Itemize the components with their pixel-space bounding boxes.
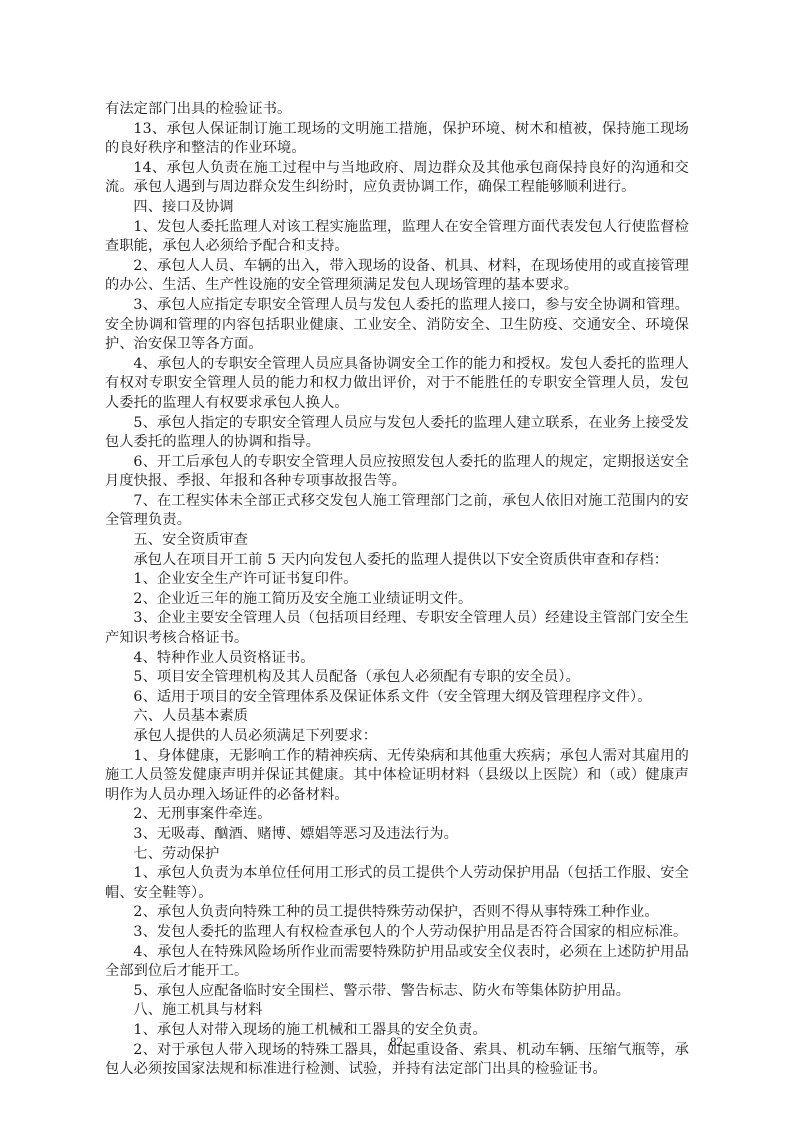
list-item: 5、项目安全管理机构及其人员配备（承包人必须配有专职的安全员）。 bbox=[105, 668, 689, 688]
list-item: 1、身体健康，无影响工作的精神疾病、无传染病和其他重大疾病；承包人需对其雇用的施… bbox=[105, 747, 689, 806]
paragraph: 13、承包人保证制订施工现场的文明施工措施，保护环境、树木和植被，保持施工现场的… bbox=[105, 120, 689, 159]
list-item: 4、特种作业人员资格证书。 bbox=[105, 649, 689, 669]
paragraph: 14、承包人负责在施工过程中与当地政府、周边群众及其他承包商保持良好的沟通和交流… bbox=[105, 159, 689, 198]
paragraph: 5、承包人指定的专职安全管理人员应与发包人委托的监理人建立联系，在业务上接受发包… bbox=[105, 414, 689, 453]
paragraph: 3、承包人应指定专职安全管理人员与发包人委托的监理人接口，参与安全协调和管理。安… bbox=[105, 296, 689, 355]
list-item: 3、发包人委托的监理人有权检查承包人的个人劳动保护用品是否符合国家的相应标准。 bbox=[105, 923, 689, 943]
section-heading: 七、劳动保护 bbox=[105, 845, 689, 865]
paragraph: 承包人提供的人员必须满足下列要求： bbox=[105, 727, 689, 747]
paragraph: 7、在工程实体未全部正式移交发包人施工管理部门之前，承包人依旧对施工范围内的安全… bbox=[105, 492, 689, 531]
list-item: 3、企业主要安全管理人员（包括项目经理、专职安全管理人员）经建设主管部门安全生产… bbox=[105, 609, 689, 648]
paragraph: 4、承包人的专职安全管理人员应具备协调安全工作的能力和授权。发包人委托的监理人有… bbox=[105, 355, 689, 414]
paragraph: 1、发包人委托监理人对该工程实施监理，监理人在安全管理方面代表发包人行使监督检查… bbox=[105, 218, 689, 257]
paragraph: 承包人在项目开工前 5 天内向发包人委托的监理人提供以下安全资质供审查和存档： bbox=[105, 551, 689, 571]
section-heading: 四、接口及协调 bbox=[105, 198, 689, 218]
document-body: 有法定部门出具的检验证书。 13、承包人保证制订施工现场的文明施工措施，保护环境… bbox=[105, 100, 689, 1080]
list-item: 5、承包人应配备临时安全围栏、警示带、警告标志、防火布等集体防护用品。 bbox=[105, 982, 689, 1002]
list-item: 3、无吸毒、酗酒、赌博、嫖娼等恶习及违法行为。 bbox=[105, 825, 689, 845]
section-heading: 八、施工机具与材料 bbox=[105, 1001, 689, 1021]
list-item: 2、承包人负责向特殊工种的员工提供特殊劳动保护，否则不得从事特殊工种作业。 bbox=[105, 903, 689, 923]
list-item: 2、无刑事案件牵连。 bbox=[105, 805, 689, 825]
list-item: 1、企业安全生产许可证书复印件。 bbox=[105, 570, 689, 590]
list-item: 2、企业近三年的施工简历及安全施工业绩证明文件。 bbox=[105, 590, 689, 610]
paragraph: 2、承包人人员、车辆的出入，带入现场的设备、机具、材料，在现场使用的或直接管理的… bbox=[105, 257, 689, 296]
section-heading: 五、安全资质审查 bbox=[105, 531, 689, 551]
list-item: 4、承包人在特殊风险场所作业而需要特殊防护用品或安全仪表时，必须在上述防护用品全… bbox=[105, 943, 689, 982]
section-heading: 六、人员基本素质 bbox=[105, 707, 689, 727]
paragraph: 6、开工后承包人的专职安全管理人员应按照发包人委托的监理人的规定，定期报送安全月… bbox=[105, 453, 689, 492]
page-number: 82 bbox=[0, 1034, 793, 1050]
list-item: 6、适用于项目的安全管理体系及保证体系文件（安全管理大纲及管理程序文件）。 bbox=[105, 688, 689, 708]
list-item: 1、承包人负责为本单位任何用工形式的员工提供个人劳动保护用品（包括工作服、安全帽… bbox=[105, 864, 689, 903]
paragraph: 有法定部门出具的检验证书。 bbox=[105, 100, 689, 120]
